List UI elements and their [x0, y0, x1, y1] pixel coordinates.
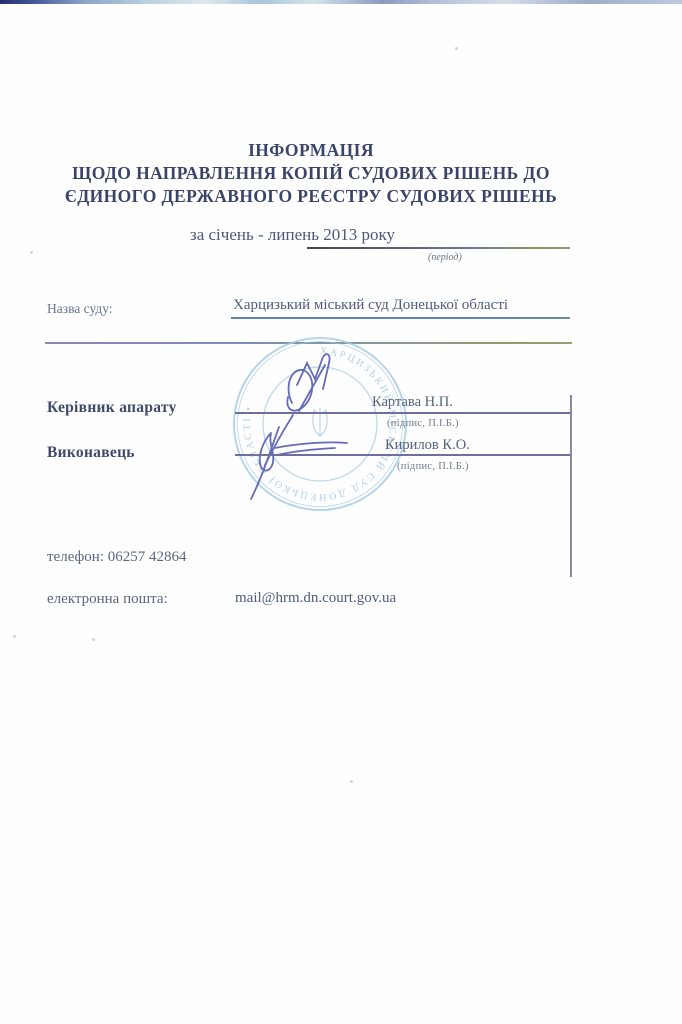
scan-speck [92, 638, 95, 641]
scanned-document-page: ІНФОРМАЦІЯ ЩОДО НАПРАВЛЕННЯ КОПІЙ СУДОВИ… [0, 0, 682, 1024]
handwritten-signatures [235, 345, 365, 503]
signature-kyrylov [251, 415, 347, 499]
court-name-value: Харцизький міський суд Донецької області [233, 297, 508, 314]
signature-line-1 [235, 412, 571, 414]
scan-speck [30, 251, 33, 254]
role-label-head-of-staff: Керівник апарату [47, 399, 177, 417]
signature-line-2 [235, 454, 571, 456]
phone-value: 06257 42864 [108, 549, 187, 565]
period-value: 2013 року [323, 225, 395, 244]
scan-speck [350, 780, 353, 783]
email-label: електронна пошта: [47, 591, 168, 608]
title-line-1: ІНФОРМАЦІЯ [40, 139, 582, 162]
period-underline [307, 247, 570, 249]
period-line: за січень - липень 2013 року [190, 225, 395, 245]
court-name-underline [231, 317, 570, 319]
signatory-name-1: Картава Н.П. [372, 394, 453, 411]
signature-caption-2: (підпис, П.І.Б.) [397, 461, 469, 472]
phone-label: телефон: [47, 549, 104, 565]
document-title: ІНФОРМАЦІЯ ЩОДО НАПРАВЛЕННЯ КОПІЙ СУДОВИ… [40, 139, 582, 208]
vertical-rule [570, 395, 572, 577]
scan-speck [455, 47, 458, 50]
signature-kartava [287, 354, 329, 411]
role-label-executor: Виконавець [47, 444, 135, 462]
period-caption: (період) [428, 252, 462, 263]
signatory-name-2: Кирилов К.О. [385, 437, 470, 454]
period-prefix: за січень - липень [190, 225, 319, 244]
email-value: mail@hrm.dn.court.gov.ua [235, 590, 396, 607]
title-line-2: ЩОДО НАПРАВЛЕННЯ КОПІЙ СУДОВИХ РІШЕНЬ ДО [40, 162, 582, 185]
scan-edge-artifact [0, 0, 682, 4]
signature-caption-1: (підпис, П.І.Б.) [387, 418, 459, 429]
court-name-label: Назва суду: [47, 301, 113, 317]
title-line-3: ЄДИНОГО ДЕРЖАВНОГО РЕЄСТРУ СУДОВИХ РІШЕН… [40, 185, 582, 208]
scan-speck [13, 635, 16, 638]
phone-line: телефон: 06257 42864 [47, 549, 186, 566]
